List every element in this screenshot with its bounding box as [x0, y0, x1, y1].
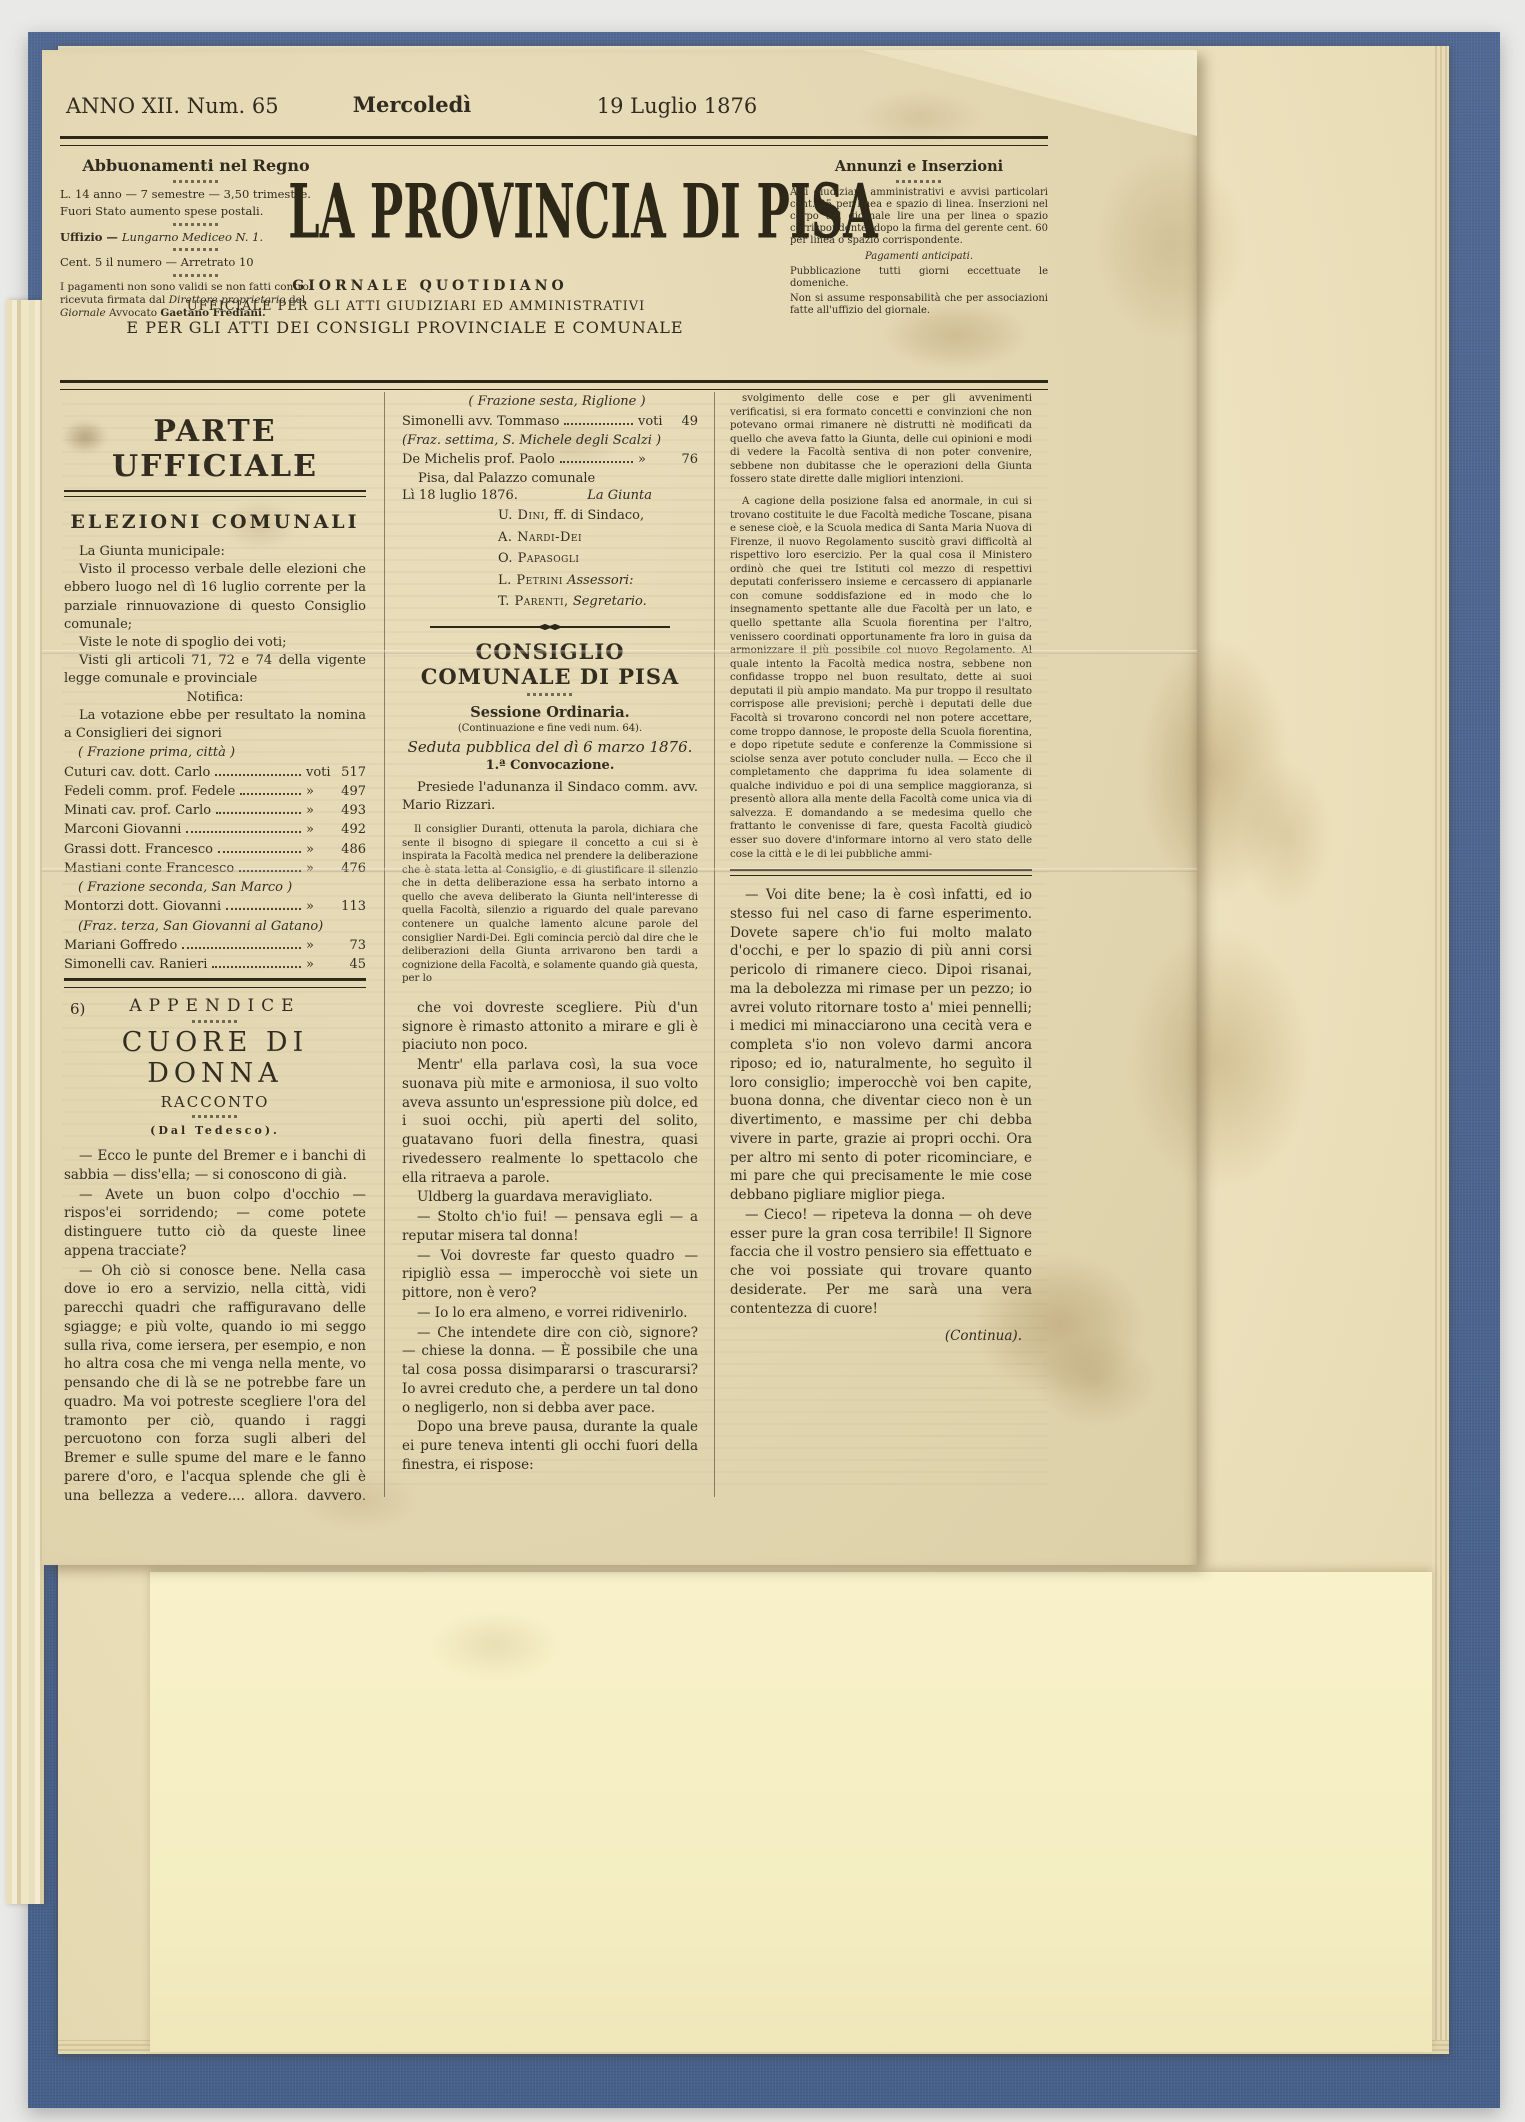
section-title: PARTE UFFICIALE — [70, 414, 360, 484]
squiggle-divider — [173, 223, 219, 226]
signature-row: L. Petrini Assessori: — [498, 570, 698, 591]
squiggle-divider — [527, 693, 573, 696]
story-paragraph: — Voi dovreste far questo quadro — ripig… — [402, 1247, 698, 1303]
story-paragraph: — Avete un buon colpo d'occhio — rispos'… — [64, 1186, 366, 1261]
frazione-heading: ( Frazione seconda, San Marco ) — [64, 878, 366, 898]
council-title: CONSIGLIO COMUNALE DI PISA — [402, 639, 698, 689]
notifica-heading: Notifica: — [64, 689, 366, 707]
signature-row: U. Dini, ff. di Sindaco, — [498, 505, 698, 526]
paragraph: La Giunta municipale: — [64, 543, 366, 561]
column-rule-2 — [714, 392, 715, 1497]
issue-number: ANNO XII. Num. 65 — [66, 94, 279, 118]
dateline: Lì 18 luglio 1876.La Giunta — [402, 488, 698, 503]
column-rule-1 — [384, 392, 385, 1497]
next-page-sheet — [150, 1572, 1432, 2052]
continua-note: (Continua). — [730, 1328, 1032, 1344]
copy-price: Cent. 5 il numero — Arretrato 10 — [60, 255, 332, 269]
newspaper-page: ANNO XII. Num. 65 Mercoledì 19 Luglio 18… — [42, 50, 1197, 1565]
signature-row: A. Nardi-Dei — [498, 527, 698, 548]
sitting-heading: Seduta pubblica del dì 6 marzo 1876. — [402, 738, 698, 756]
story-paragraph: — Voi dite bene; la è così infatti, ed i… — [730, 886, 1032, 1205]
vote-row: Fedeli comm. prof. Fedele»497 — [64, 782, 366, 801]
advertising-title: Annunzi e Inserzioni — [790, 158, 1048, 176]
vote-row: Mastiani conte Francesco»476 — [64, 859, 366, 878]
publication-schedule: Pubblicazione tutti giorni eccettuate le… — [790, 266, 1048, 290]
vote-row: Montorzi dott. Giovanni»113 — [64, 897, 366, 916]
frazione-heading: (Fraz. settima, S. Michele degli Scalzi … — [402, 431, 698, 451]
dot-leader — [564, 423, 633, 425]
story-paragraph: Dopo una breve pausa, durante la quale e… — [402, 1418, 698, 1474]
dot-leader — [212, 966, 301, 968]
vote-row: Simonelli avv. Tommasovoti49 — [402, 412, 698, 431]
squiggle-divider — [173, 274, 219, 277]
story-title: CUORE DI DONNA — [64, 1027, 366, 1089]
frazione-heading: (Fraz. terza, San Giovanni al Gatano) — [64, 917, 366, 937]
squiggle-divider — [192, 1020, 238, 1023]
frazione-heading: ( Frazione sesta, Riglione ) — [402, 392, 698, 412]
story-paragraph: — Ecco le punte del Bremer e i banchi di… — [64, 1147, 366, 1185]
council-paragraph: Il consiglier Duranti, ottenuta la parol… — [402, 823, 698, 986]
dot-leader — [240, 793, 301, 795]
story-origin: (Dal Tedesco). — [64, 1124, 366, 1137]
story-paragraph: — Io lo era almeno, e vorrei ridivenirlo… — [402, 1304, 698, 1323]
feuilleton-rule — [730, 869, 1032, 876]
story-paragraph: — Oh ciò si conosce bene. Nella casa dov… — [64, 1262, 366, 1501]
article-title: ELEZIONI COMUNALI — [64, 511, 366, 533]
vote-row: Cuturi cav. dott. Carlovoti517 — [64, 763, 366, 782]
vote-row: De Michelis prof. Paolo»76 — [402, 450, 698, 469]
story-column-2: che voi dovreste scegliere. Più d'un sig… — [402, 999, 698, 1475]
advertising-box: Annunzi e Inserzioni Atti giudiziari, am… — [790, 158, 1048, 321]
newspaper-subtitle-2: UFFICIALE PER GLI ATTI GIUDIZIARI ED AMM… — [60, 299, 772, 314]
feuilleton-rule — [64, 978, 366, 988]
advance-payment: Pagamenti anticipati. — [790, 251, 1048, 263]
convocation-heading: 1.ª Convocazione. — [402, 758, 698, 773]
squiggle-divider — [173, 248, 219, 251]
feuilleton-number: 6) — [70, 1000, 85, 1018]
left-page-edges — [6, 300, 44, 1904]
paragraph: La votazione ebbe per resultato la nomin… — [64, 707, 366, 743]
story-paragraph: Uldberg la guardava meravigliato. — [402, 1188, 698, 1207]
paragraph: Visto il processo verbale delle elezioni… — [64, 561, 366, 634]
feuilleton-label: APPENDICE — [64, 996, 366, 1016]
story-column-3: — Voi dite bene; la è così infatti, ed i… — [730, 886, 1032, 1344]
squiggle-divider — [173, 180, 219, 183]
masthead: Abbuonamenti nel Regno L. 14 anno — 7 se… — [60, 146, 1048, 382]
header-rule — [60, 136, 1048, 146]
story-column-1: — Ecco le punte del Bremer e i banchi di… — [64, 1147, 366, 1500]
dot-leader — [218, 851, 301, 853]
continuation-note: (Continuazione e fine vedi num. 64). — [402, 723, 698, 734]
council-paragraph: A cagione della posizione falsa ed anorm… — [730, 495, 1032, 861]
council-paragraph: svolgimento delle cose e per gli avvenim… — [730, 392, 1032, 487]
official-section: PARTE UFFICIALE ELEZIONI COMUNALI La Giu… — [64, 392, 366, 978]
story-subtitle: RACCONTO — [64, 1093, 366, 1111]
column-1: PARTE UFFICIALE ELEZIONI COMUNALI La Giu… — [64, 392, 366, 1500]
newspaper-subtitle-1: GIORNALE QUOTIDIANO — [60, 278, 800, 294]
page-corner-fold — [862, 50, 1197, 136]
giunta-label: La Giunta — [587, 488, 652, 503]
squiggle-divider — [896, 180, 942, 183]
frazione-heading: ( Frazione prima, città ) — [64, 743, 366, 763]
paragraph: Viste le note di spoglio dei voti; — [64, 634, 366, 652]
masthead-rule — [60, 380, 1048, 390]
story-paragraph: Mentr' ella parlava così, la sua voce su… — [402, 1056, 698, 1187]
tapered-divider — [430, 623, 670, 631]
signatures: U. Dini, ff. di Sindaco, A. Nardi-Dei O.… — [402, 505, 698, 612]
paragraph: Visti gli articoli 71, 72 e 74 della vig… — [64, 652, 366, 688]
vote-row: Marconi Giovanni»492 — [64, 820, 366, 839]
column-2: ( Frazione sesta, Riglione ) Simonelli a… — [402, 392, 698, 1500]
signature-row: T. Parenti, Segretario. — [498, 591, 698, 612]
dot-leader — [215, 774, 301, 776]
dot-leader — [560, 461, 633, 463]
vote-row: Minati cav. prof. Carlo»493 — [64, 801, 366, 820]
dot-leader — [186, 831, 301, 833]
column-3: svolgimento delle cose e per gli avvenim… — [730, 392, 1032, 1500]
page-fore-edge — [1432, 46, 1449, 2054]
vote-row: Grassi dott. Francesco»486 — [64, 840, 366, 859]
dot-leader — [226, 908, 301, 910]
squiggle-divider — [192, 1115, 238, 1118]
dateline-place: Pisa, dal Palazzo comunale — [402, 471, 698, 486]
presides-line: Presiede l'adunanza il Sindaco comm. avv… — [402, 779, 698, 815]
responsibility-note: Non si assume responsabilità che per ass… — [790, 293, 1048, 317]
newspaper-subtitle-3: E PER GLI ATTI DEI CONSIGLI PROVINCIALE … — [60, 318, 750, 337]
weekday: Mercoledì — [332, 92, 492, 117]
signature-row: O. Papasogli — [498, 548, 698, 569]
dot-leader — [239, 870, 301, 872]
section-rule — [64, 490, 366, 497]
dot-leader — [216, 812, 301, 814]
dot-leader — [182, 947, 301, 949]
advertising-rates: Atti giudiziari, amministrativi e avvisi… — [790, 187, 1048, 248]
session-heading: Sessione Ordinaria. — [402, 704, 698, 721]
vote-row: Simonelli cav. Ranieri»45 — [64, 955, 366, 974]
feuilleton-header: 6) APPENDICE CUORE DI DONNA RACCONTO (Da… — [64, 988, 366, 1146]
story-paragraph: — Cieco! — ripeteva la donna — oh deve e… — [730, 1206, 1032, 1319]
story-paragraph: — Che intendete dire con ciò, signore? —… — [402, 1324, 698, 1418]
story-paragraph: che voi dovreste scegliere. Più d'un sig… — [402, 999, 698, 1055]
story-paragraph: — Stolto ch'io fui! — pensava egli — a r… — [402, 1208, 698, 1246]
issue-date: 19 Luglio 1876 — [582, 94, 772, 118]
vote-row: Mariani Goffredo»73 — [64, 936, 366, 955]
